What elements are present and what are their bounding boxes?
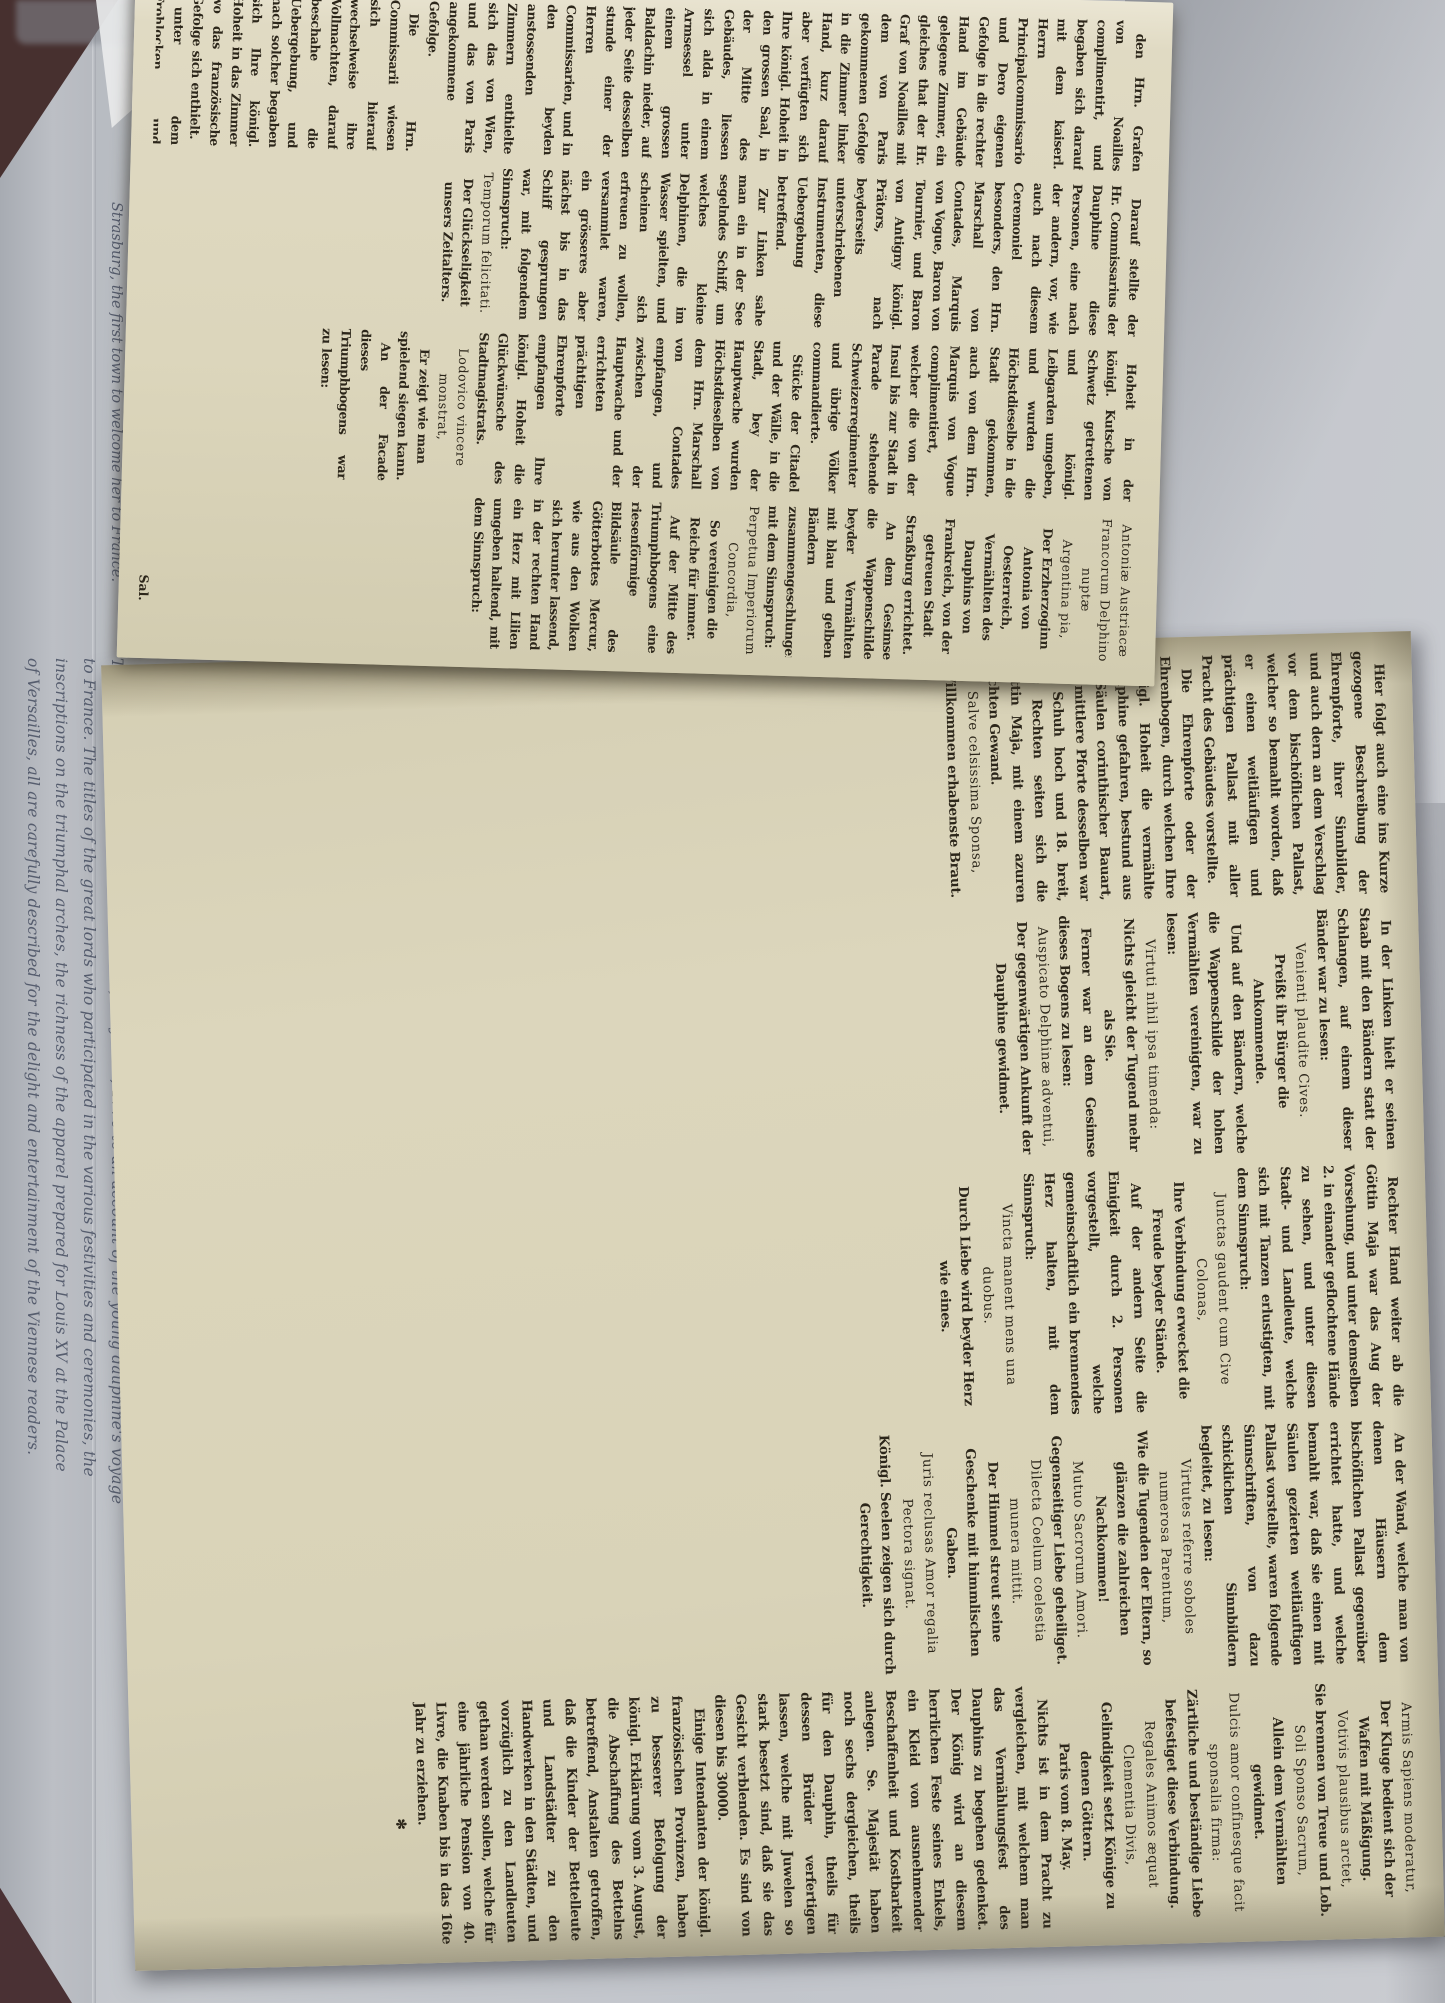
body-paragraph: An der Wand, welche man von denen Häuser…	[1194, 1420, 1415, 1668]
catchword: Sal.	[136, 574, 152, 601]
body-paragraph: Einige Intendanten der königl. französis…	[408, 1695, 714, 1945]
latin-inscription: Vincta manent mens una duobus.	[973, 1173, 1022, 1417]
body-paragraph: unter dem Frohlocken und Vivatruffen ein…	[153, 0, 189, 145]
newspaper-column: Armis Sapiens moderatur,Der Kluge bedien…	[151, 1676, 1421, 1952]
latin-inscription: Dilecta Coelum coelestia munera mittit.	[1001, 1429, 1050, 1673]
german-inscription: Er zeigt wie man spielend siegen kann.	[391, 330, 434, 482]
newspaper-column: An der Wand, welche man von denen Häuser…	[145, 1420, 1415, 1696]
german-inscription: Gelindigkeit setzt Könige zu denen Götte…	[1072, 1684, 1121, 1928]
newspaper-column: In der Linken hielt er seinen Staab mit …	[131, 907, 1401, 1183]
german-inscription: Zärtliche und beständige Liebe befestige…	[1158, 1682, 1207, 1926]
newspaper-page-right: Hier folgt auch eine ins Kurze gezogene …	[101, 631, 1445, 1971]
body-paragraph: Stücke der Citadel und der Wälle, in die…	[470, 332, 808, 492]
newspaper-column: Darauf stellte der Hr. Commissarius der …	[148, 158, 1146, 337]
german-inscription: So vereinigen die Reiche für immer.	[681, 503, 724, 655]
newspaper-column: Hier folgt auch eine ins Kurze gezogene …	[125, 650, 1395, 926]
body-paragraph: An der Facade dieses Triumphbogens war z…	[313, 328, 396, 481]
newspaper-column: Rechter Hand weiter ab die Göttin Maja w…	[138, 1163, 1408, 1439]
newspaper-column: Antoniæ AustriacæFrancorum Delphino nupt…	[139, 488, 1137, 667]
body-paragraph: Ferner war an dem Gesimse dieses Bogens …	[1052, 915, 1101, 1159]
german-inscription: Preißt ihr Bürger die Ankommende.	[1245, 909, 1294, 1153]
latin-inscription: Regales Animos æquat Clementia Divis,	[1115, 1683, 1164, 1927]
newspaper-column: den Hrn. Grafen von Noailles complimenti…	[153, 0, 1151, 172]
handwritten-note-line: to France. The titles of the great lords…	[70, 658, 98, 1994]
page-right-columns: Hier folgt auch eine ins Kurze gezogene …	[114, 644, 1431, 1958]
body-paragraph: Zur Linken sahe man ein in der See segel…	[494, 168, 773, 327]
handwritten-note-line: inscriptions on the triumphal arches, th…	[42, 658, 70, 1994]
album-photo: made her way Strasburg, the first town t…	[0, 0, 1445, 2003]
latin-inscription: Lodovico vincere monstrat,	[431, 331, 474, 483]
body-paragraph: Die Hrn. Commissarii wiesen sich hierauf…	[185, 0, 425, 152]
body-paragraph: den Hrn. Grafen von Noailles complimenti…	[420, 1, 1151, 172]
mount-shadow-top-right	[1125, 0, 1445, 720]
german-inscription: Der gegenwärtigen Ankunft der Dauphine g…	[988, 916, 1037, 1160]
german-inscription: Der Himmel streut seine Geschenke mit hi…	[937, 1430, 1008, 1674]
latin-inscription: Juris reclusas Amor regalia Pectora sign…	[894, 1432, 943, 1676]
german-inscription: Allein dem Vermählten gewidmet.	[1244, 1680, 1293, 1924]
body-paragraph: Auf der andern Seite die Einigkeit durch…	[1016, 1170, 1151, 1416]
body-paragraph: An dem Gesimse die Wappenschilde beyder …	[760, 505, 902, 660]
latin-inscription: Antoniæ Austriacæ	[1113, 515, 1137, 666]
latin-inscription: Francorum Delphino nuptæ	[1074, 514, 1117, 666]
latin-inscription: Perpetua Imperiorum Concordia,	[720, 504, 763, 656]
german-inscription: Nichts gleicht der Tugend mehr als Sie.	[1095, 913, 1144, 1157]
german-inscription: Ihre Verbindung erwecket die Freude beyd…	[1144, 1169, 1193, 1413]
german-inscription: Wie die Tugenden der Eltern, so glänzen …	[1087, 1426, 1158, 1670]
body-paragraph: In der Linken hielt er seinen Staab mit …	[1309, 907, 1401, 1152]
body-paragraph: Rechter Hand weiter ab die Göttin Maja w…	[1230, 1163, 1408, 1410]
body-paragraph: Darauf stellte der Hr. Commissarius der …	[769, 176, 1146, 337]
body-paragraph: Nichts ist in dem Pracht zu vergleichen,…	[708, 1686, 1057, 1937]
latin-inscription: Junctas gaudent cum Cive Colonas,	[1187, 1168, 1236, 1412]
german-inscription: Der Glückseligkeit unsers Zeitalters.	[435, 166, 478, 318]
body-paragraph: Auf der Mitte des Triumphbogens eine rie…	[465, 497, 685, 654]
newspaper-page-left: den Hrn. Grafen von Noailles complimenti…	[117, 0, 1174, 686]
body-paragraph: Und auf den Bändern, welche die Wappensc…	[1159, 911, 1251, 1156]
body-paragraph: Hoheit in der königl. Kutsche von Schwet…	[804, 342, 1142, 502]
latin-inscription: Dulcis amor confinesque facit sponsalia …	[1201, 1681, 1250, 1925]
body-paragraph: Die Ehrenpforte oder der Ehrenbogen, dur…	[981, 655, 1202, 903]
page-left-columns: den Hrn. Grafen von Noailles complimenti…	[129, 0, 1161, 673]
newspaper-column: Hoheit in der königl. Kutsche von Schwet…	[144, 323, 1142, 502]
german-inscription: Durch Liebe wird beyder Herz wie eines.	[930, 1174, 979, 1418]
german-inscription: Königl. Seelen zeigen sich durch Gerecht…	[851, 1433, 900, 1677]
latin-inscription: Virtutes referre soboles numerosa Parent…	[1151, 1425, 1200, 1669]
german-inscription: Der Erzherzoginn Antonia von Oesterreich…	[897, 509, 1058, 664]
handwritten-note-line: of Versailles, all are carefully describ…	[14, 658, 42, 1994]
german-inscription: Der Kluge bedient sich der Waffen mit Mä…	[1351, 1677, 1400, 1921]
body-paragraph: Hier folgt auch eine ins Kurze gezogene …	[1195, 650, 1394, 898]
